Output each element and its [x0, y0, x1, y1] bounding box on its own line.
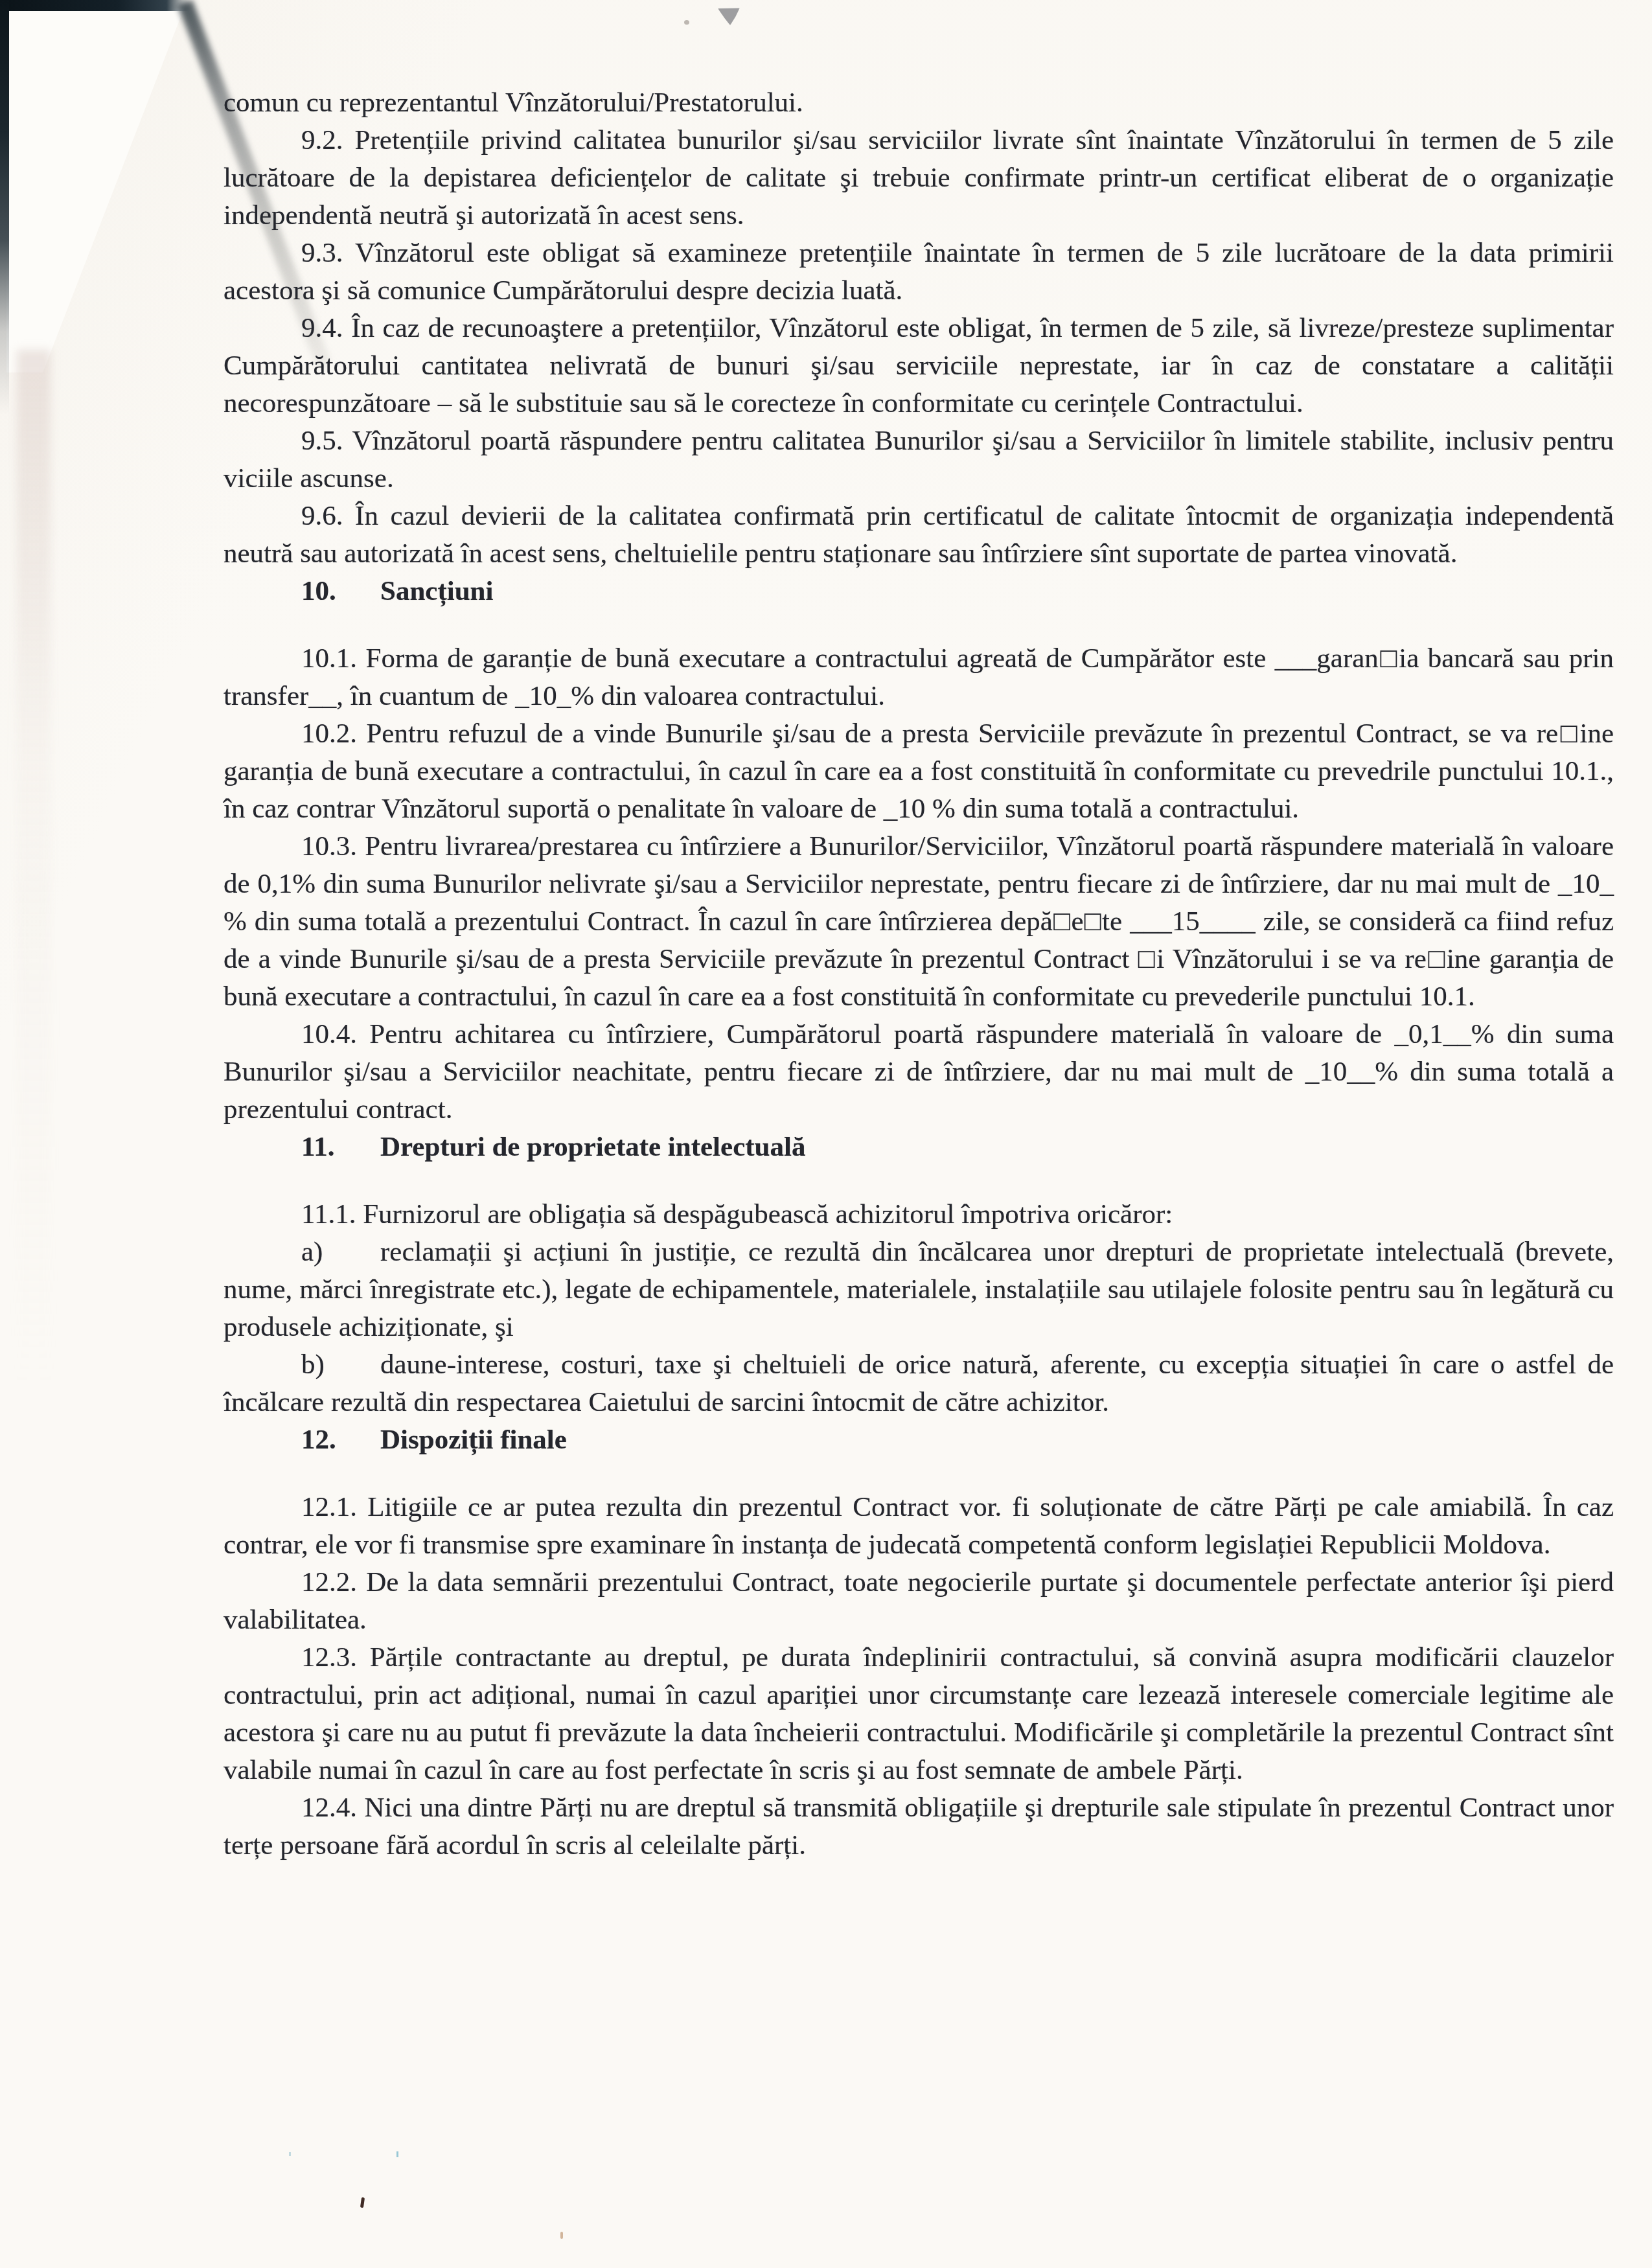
scan-left-streak: [17, 350, 51, 1386]
document-text: comun cu reprezentantul Vînzătorului/Pre…: [224, 84, 1614, 1864]
paragraph: 9.4. În caz de recunoaştere a pretențiil…: [224, 310, 1614, 422]
section-heading: 12.Dispoziții finale: [224, 1421, 1614, 1459]
scan-edge-left: [0, 0, 9, 415]
list-item: b)daune-interese, costuri, taxe şi chelt…: [224, 1346, 1614, 1421]
list-item-text: reclamații şi acțiuni în justiție, ce re…: [224, 1237, 1614, 1342]
paragraph: 12.4. Nici una dintre Părți nu are drept…: [224, 1789, 1614, 1864]
section-title: Sancțiuni: [380, 576, 493, 606]
list-item-text: daune-interese, costuri, taxe şi cheltui…: [224, 1349, 1614, 1417]
section-heading: 10.Sancțiuni: [224, 573, 1614, 610]
paragraph: 10.1. Forma de garanție de bună executar…: [224, 640, 1614, 715]
paragraph: 10.4. Pentru achitarea cu întîrziere, Cu…: [224, 1016, 1614, 1128]
list-item-label: a): [301, 1233, 380, 1271]
paragraph: 9.2. Pretențiile privind calitatea bunur…: [224, 122, 1614, 235]
paragraph: 9.3. Vînzătorul este obligat să examinez…: [224, 235, 1614, 310]
dust-speck: [396, 2151, 398, 2157]
section-title: Drepturi de proprietate intelectuală: [380, 1132, 805, 1162]
paragraph: 12.1. Litigiile ce ar putea rezulta din …: [224, 1489, 1614, 1564]
section-number: 12.: [301, 1421, 380, 1459]
scan-smudge-dot: [684, 20, 689, 25]
paragraph: 9.6. În cazul devierii de la calitatea c…: [224, 498, 1614, 573]
dust-speck: [560, 2232, 563, 2239]
section-heading: 11.Drepturi de proprietate intelectuală: [224, 1128, 1614, 1166]
dust-speck: [289, 2152, 291, 2156]
dust-speck: [360, 2197, 365, 2208]
section-number: 11.: [301, 1128, 380, 1166]
section-number: 10.: [301, 573, 380, 610]
paragraph: 12.3. Părțile contractante au dreptul, p…: [224, 1639, 1614, 1789]
scan-edge-top: [0, 0, 189, 11]
continuation-line: comun cu reprezentantul Vînzătorului/Pre…: [224, 84, 1614, 122]
paragraph: 10.3. Pentru livrarea/prestarea cu întîr…: [224, 828, 1614, 1016]
paragraph: 10.2. Pentru refuzul de a vinde Bunurile…: [224, 715, 1614, 828]
paragraph: 12.2. De la data semnării prezentului Co…: [224, 1564, 1614, 1639]
list-item-label: b): [301, 1346, 380, 1384]
section-title: Dispoziții finale: [380, 1425, 567, 1455]
paragraph: 11.1. Furnizorul are obligația să despăg…: [224, 1196, 1614, 1233]
scan-page-corner: [0, 0, 207, 402]
list-item: a)reclamații şi acțiuni în justiție, ce …: [224, 1233, 1614, 1346]
scan-smudge-mark: [718, 8, 740, 25]
paragraph: 9.5. Vînzătorul poartă răspundere pentru…: [224, 422, 1614, 498]
